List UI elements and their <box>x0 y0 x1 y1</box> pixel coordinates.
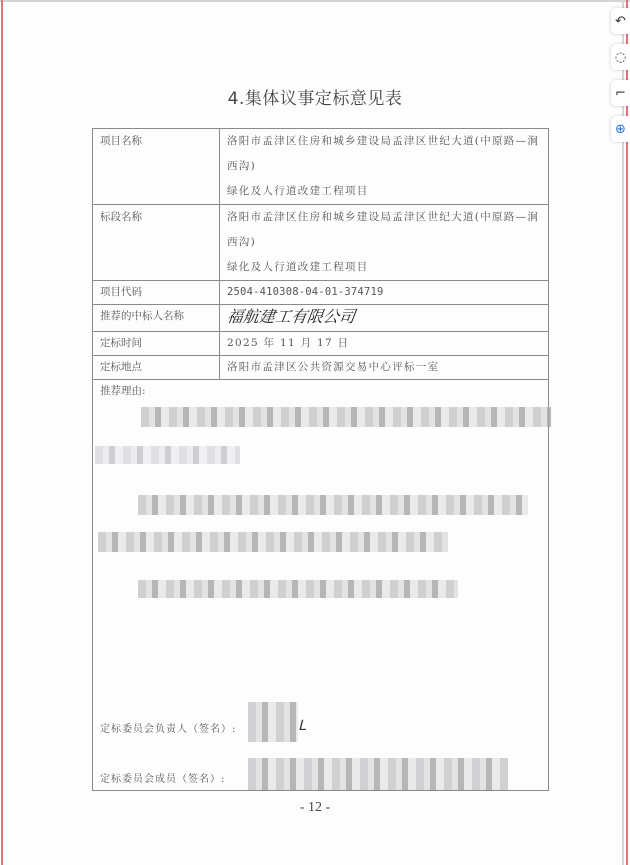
decision-time-label: 定标时间 <box>93 332 220 356</box>
page-title: 4.集体议事定标意见表 <box>0 84 630 109</box>
winning-bidder-handwriting: 福航建工有限公司 <box>225 305 356 328</box>
table-row: 推荐的中标人名称 福航建工有限公司 <box>93 305 549 332</box>
decision-time-value: 2025 年 11 月 17 日 <box>220 332 549 356</box>
redacted-reason-line <box>141 407 551 427</box>
decision-location-label: 定标地点 <box>93 356 220 380</box>
committee-members-signature-redacted <box>248 758 508 790</box>
table-row: 定标时间 2025 年 11 月 17 日 <box>93 332 549 356</box>
project-code-value: 2504-410308-04-01-374719 <box>220 281 549 305</box>
bid-decision-form: 项目名称 洛阳市孟津区住房和城乡建设局孟津区世纪大道(中原路—涧西沟) 绿化及人… <box>92 128 549 791</box>
redacted-reason-line <box>95 446 240 464</box>
winning-bidder-label: 推荐的中标人名称 <box>93 305 220 332</box>
zoom-in-icon[interactable]: ⊕ <box>611 116 630 142</box>
reason-label: 推荐理由: <box>100 382 146 400</box>
project-name-label: 项目名称 <box>93 129 220 205</box>
winning-bidder-value: 福航建工有限公司 <box>220 305 549 332</box>
project-code-label: 项目代码 <box>93 281 220 305</box>
redacted-reason-line <box>138 580 458 598</box>
table-row: 项目代码 2504-410308-04-01-374719 <box>93 281 549 305</box>
table-row: 推荐理由: 定标委员会负责人（签名）: ᒪ 定标委员会成员（签名）: <box>93 380 549 791</box>
section-name-value: 洛阳市孟津区住房和城乡建设局孟津区世纪大道(中原路—涧西沟) 绿化及人行道改建工… <box>220 205 549 281</box>
section-name-line1: 洛阳市孟津区住房和城乡建设局孟津区世纪大道(中原路—涧西沟) <box>227 205 541 255</box>
project-name-line2: 绿化及人行道改建工程项目 <box>227 179 541 204</box>
committee-head-label: 定标委员会负责人（签名）: <box>100 720 236 735</box>
redacted-reason-line <box>98 532 448 552</box>
decision-location-value: 洛阳市孟津区公共资源交易中心评标一室 <box>220 356 549 380</box>
project-name-line1: 洛阳市孟津区住房和城乡建设局孟津区世纪大道(中原路—涧西沟) <box>227 129 541 179</box>
undo-icon[interactable]: ↶ <box>611 8 630 34</box>
crop-icon[interactable]: ⌐ <box>611 80 630 106</box>
section-name-line2: 绿化及人行道改建工程项目 <box>227 255 541 280</box>
viewer-left-border <box>1 0 3 865</box>
redacted-reason-line <box>138 495 528 515</box>
page-number: - 12 - <box>0 800 630 816</box>
lasso-icon[interactable]: ◌ <box>611 44 630 70</box>
signature-stroke: ᒪ <box>298 718 306 734</box>
table-row: 项目名称 洛阳市孟津区住房和城乡建设局孟津区世纪大道(中原路—涧西沟) 绿化及人… <box>93 129 549 205</box>
section-name-label: 标段名称 <box>93 205 220 281</box>
committee-members-label: 定标委员会成员（签名）: <box>100 770 225 785</box>
table-row: 标段名称 洛阳市孟津区住房和城乡建设局孟津区世纪大道(中原路—涧西沟) 绿化及人… <box>93 205 549 281</box>
reason-cell: 推荐理由: 定标委员会负责人（签名）: ᒪ 定标委员会成员（签名）: <box>93 380 549 791</box>
project-name-value: 洛阳市孟津区住房和城乡建设局孟津区世纪大道(中原路—涧西沟) 绿化及人行道改建工… <box>220 129 549 205</box>
table-row: 定标地点 洛阳市孟津区公共资源交易中心评标一室 <box>93 356 549 380</box>
committee-head-signature-redacted <box>248 702 298 742</box>
side-toolbar: ↶ ◌ ⌐ ⊕ <box>611 8 630 152</box>
